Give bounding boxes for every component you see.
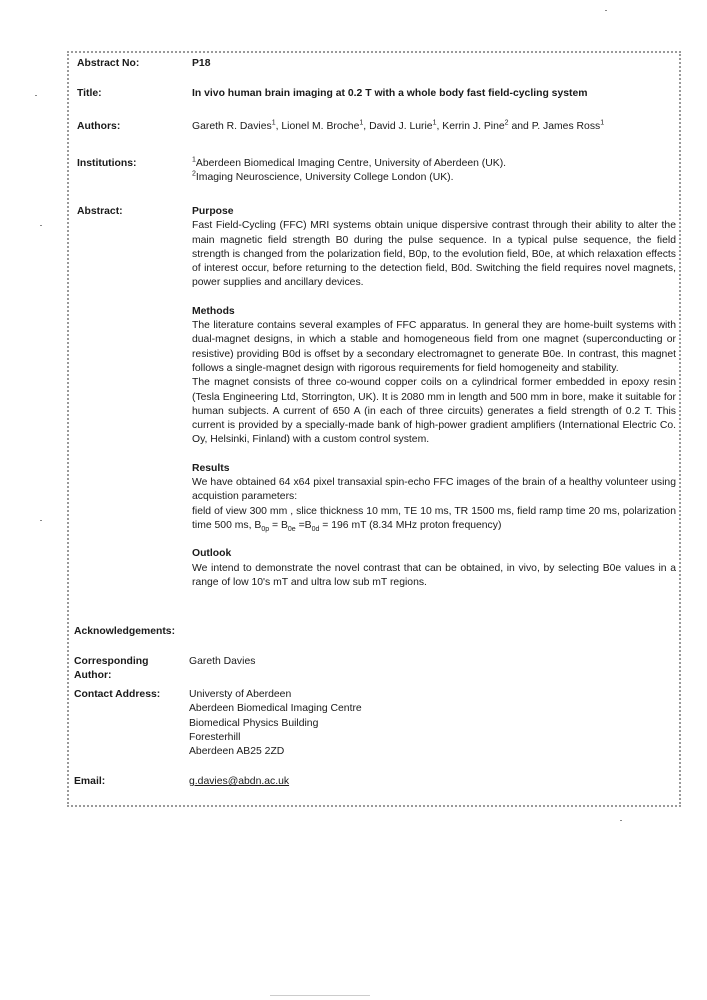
outlook-section: Outlook We intend to demonstrate the nov… <box>192 547 676 590</box>
author: Kerrin J. Pine2 and <box>442 121 531 132</box>
corresponding-author-value: Gareth Davies <box>189 655 673 669</box>
contact-address-label: Contact Address: <box>74 688 184 702</box>
scan-artifact <box>40 520 42 521</box>
abstract-no-value: P18 <box>192 57 676 71</box>
methods-text-2: The magnet consists of three co-wound co… <box>192 376 676 447</box>
author: Lionel M. Broche1, <box>281 121 369 132</box>
purpose-text: Fast Field-Cycling (FFC) MRI systems obt… <box>192 220 676 288</box>
results-heading: Results <box>192 462 676 476</box>
email-link[interactable]: g.davies@abdn.ac.uk <box>189 775 673 789</box>
methods-text-1: The literature contains several examples… <box>192 320 676 374</box>
author: Gareth R. Davies1, <box>192 121 281 132</box>
purpose-section: Purpose Fast Field-Cycling (FFC) MRI sys… <box>192 205 676 291</box>
address-line: Universty of Aberdeen <box>189 688 673 702</box>
author: David J. Lurie1, <box>369 121 442 132</box>
address-line: Aberdeen AB25 2ZD <box>189 745 673 759</box>
institutions-value: 1Aberdeen Biomedical Imaging Centre, Uni… <box>192 157 676 186</box>
outlook-heading: Outlook <box>192 547 676 561</box>
contact-address-value: Universty of Aberdeen Aberdeen Biomedica… <box>189 688 673 759</box>
address-line: Aberdeen Biomedical Imaging Centre <box>189 702 673 716</box>
author: P. James Ross1 <box>532 121 604 132</box>
address-line: Biomedical Physics Building <box>189 717 673 731</box>
institutions-label: Institutions: <box>77 157 187 171</box>
address-line: Foresterhill <box>189 731 673 745</box>
scan-artifact <box>605 10 607 11</box>
purpose-heading: Purpose <box>192 205 676 219</box>
scan-artifact <box>40 225 42 226</box>
methods-section: Methods The literature contains several … <box>192 305 676 376</box>
abstract-body: Purpose Fast Field-Cycling (FFC) MRI sys… <box>192 205 676 590</box>
abstract-no-label: Abstract No: <box>77 57 187 71</box>
results-text-1: We have obtained 64 x64 pixel transaxial… <box>192 477 676 502</box>
email-label: Email: <box>74 775 184 789</box>
institution-item: 1Aberdeen Biomedical Imaging Centre, Uni… <box>192 157 676 171</box>
abstract-label: Abstract: <box>77 205 187 219</box>
authors-label: Authors: <box>77 120 187 134</box>
methods-heading: Methods <box>192 305 676 319</box>
scan-artifact <box>270 995 370 996</box>
results-section: Results We have obtained 64 x64 pixel tr… <box>192 462 676 533</box>
title-label: Title: <box>77 87 187 101</box>
scan-artifact <box>35 95 37 96</box>
acknowledgements-label: Acknowledgements: <box>74 625 224 639</box>
title-value: In vivo human brain imaging at 0.2 T wit… <box>192 87 676 101</box>
corresponding-author-label: Corresponding Author: <box>74 655 184 683</box>
institution-item: 2Imaging Neuroscience, University Colleg… <box>192 171 676 185</box>
authors-value: Gareth R. Davies1, Lionel M. Broche1, Da… <box>192 120 676 134</box>
outlook-text: We intend to demonstrate the novel contr… <box>192 563 676 588</box>
scan-artifact <box>620 820 622 821</box>
